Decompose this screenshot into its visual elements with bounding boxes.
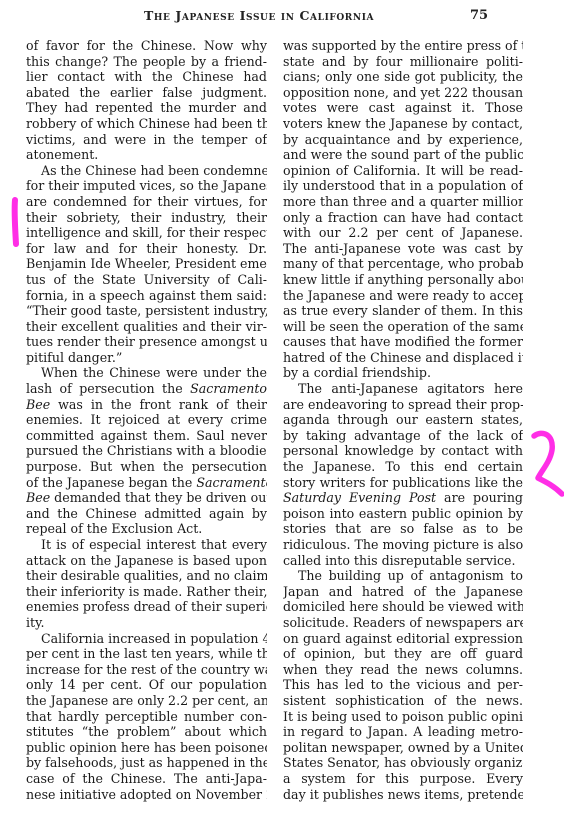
text-line: stories that are so false as to be <box>283 521 523 537</box>
italic-title: Bee <box>26 490 50 505</box>
text-line: in regard to Japan. A leading metro- <box>283 724 523 740</box>
text-line: tues render their presence amongst us a <box>26 334 267 350</box>
italic-title: Sacramento <box>196 475 267 490</box>
text-line: committed against them. Saul never <box>26 428 267 444</box>
text-line: Saturday Evening Post are pouring <box>283 490 523 506</box>
text-line: on guard against editorial expression <box>283 631 523 647</box>
text-line: as true every slander of them. In this <box>283 303 523 319</box>
text-line: that hardly perceptible number con- <box>26 709 267 725</box>
text-line: public opinion here has been poisoned <box>26 740 267 756</box>
text-line: Bee was in the front rank of their <box>26 397 267 413</box>
text-line: This has led to the vicious and per- <box>283 677 523 693</box>
text-line: Japan and hatred of the Japanese <box>283 584 523 600</box>
running-header: The Japanese Issue in California 75 <box>0 6 564 26</box>
text-line: increase for the rest of the country was <box>26 662 267 678</box>
text-line: personal knowledge by contact with <box>283 443 523 459</box>
text-line: of favor for the Chinese. Now why <box>26 38 267 54</box>
text-line: hatred of the Chinese and displaced it <box>283 350 523 366</box>
text-line: and were the sound part of the public <box>283 147 523 163</box>
text-line: by taking advantage of the lack of <box>283 428 523 444</box>
text-line: The building up of antagonism to <box>283 568 523 584</box>
text-line: victims, and were in the temper of <box>26 132 267 148</box>
text-line: opinion of California. It will be read- <box>283 163 523 179</box>
text-line: When the Chinese were under the <box>26 365 267 381</box>
text-line: story writers for publications like the <box>283 475 523 491</box>
text-line: poison into eastern public opinion by <box>283 506 523 522</box>
text-line: ity. <box>26 615 267 631</box>
text-line: of opinion, but they are off guard <box>283 646 523 662</box>
text-line: only a fraction can have had contact <box>283 210 523 226</box>
text-line: by falsehoods, just as happened in the <box>26 755 267 771</box>
text-line: solicitude. Readers of newspapers are <box>283 615 523 631</box>
text-line: robbery of which Chinese had been the <box>26 116 267 132</box>
text-line: their excellent qualities and their vir- <box>26 319 267 335</box>
text-line: was supported by the entire press of the <box>283 38 523 54</box>
text-line: “Their good taste, persistent industry, <box>26 303 267 319</box>
text-line: purpose. But when the persecution <box>26 459 267 475</box>
text-line: politan newspaper, owned by a United <box>283 740 523 756</box>
text-line: It is being used to poison public opinio… <box>283 709 523 725</box>
text-line: for law and for their honesty. Dr. <box>26 241 267 257</box>
italic-title: Bee <box>26 397 50 412</box>
text-line: opposition none, and yet 222 thousand <box>283 85 523 101</box>
text-line: attack on the Japanese is based upon <box>26 553 267 569</box>
text-line: knew little if anything personally about <box>283 272 523 288</box>
text-line: Benjamin Ide Wheeler, President emeri- <box>26 256 267 272</box>
left-column: of favor for the Chinese. Now whythis ch… <box>26 38 267 802</box>
text-line: and the Chinese admitted again by <box>26 506 267 522</box>
text-line: As the Chinese had been condemned <box>26 163 267 179</box>
text-line: pitiful danger.” <box>26 350 267 366</box>
text-line: more than three and a quarter millions <box>283 194 523 210</box>
text-line: sistent sophistication of the news. <box>283 693 523 709</box>
running-title: The Japanese Issue in California <box>144 8 374 23</box>
text-line: are condemned for their virtues, for <box>26 194 267 210</box>
text-line: ridiculous. The moving picture is also <box>283 537 523 553</box>
text-line: pursued the Christians with a bloodier <box>26 443 267 459</box>
text-line: States Senator, has obviously organized <box>283 755 523 771</box>
annotation-bar-mark <box>8 196 24 250</box>
text-line: are endeavoring to spread their prop- <box>283 397 523 413</box>
text-line: votes were cast against it. Those <box>283 100 523 116</box>
text-line: lier contact with the Chinese had <box>26 69 267 85</box>
annotation-numeral-two-mark <box>528 428 564 498</box>
text-line: many of that percentage, who probably <box>283 256 523 272</box>
text-line: for their imputed vices, so the Japanese <box>26 178 267 194</box>
page-number: 75 <box>470 8 488 23</box>
text-line: only 14 per cent. Of our population <box>26 677 267 693</box>
text-line: of the Japanese began the Sacramento <box>26 475 267 491</box>
text-line: nese initiative adopted on November 2 <box>26 787 267 803</box>
text-line: will be seen the operation of the same <box>283 319 523 335</box>
text-line: the Japanese and were ready to accept <box>283 288 523 304</box>
text-line: day it publishes news items, pretended <box>283 787 523 803</box>
text-line: It is of especial interest that every <box>26 537 267 553</box>
text-line: intelligence and skill, for their respec… <box>26 225 267 241</box>
text-line: their desirable qualities, and no claim … <box>26 568 267 584</box>
text-line: the Japanese. To this end certain <box>283 459 523 475</box>
text-line: a system for this purpose. Every <box>283 771 523 787</box>
text-line: repeal of the Exclusion Act. <box>26 521 267 537</box>
text-line: per cent in the last ten years, while th… <box>26 646 267 662</box>
text-line: their inferiority is made. Rather their, <box>26 584 267 600</box>
text-line: atonement. <box>26 147 267 163</box>
text-line: the Japanese are only 2.2 per cent, and <box>26 693 267 709</box>
text-line: Bee demanded that they be driven out <box>26 490 267 506</box>
text-line: enemies profess dread of their superior- <box>26 599 267 615</box>
text-line: when they read the news columns. <box>283 662 523 678</box>
text-line: California increased in population 44 <box>26 631 267 647</box>
text-line: tus of the State University of Cali- <box>26 272 267 288</box>
text-line: abated the earlier false judgment. <box>26 85 267 101</box>
text-line: by a cordial friendship. <box>283 365 523 381</box>
text-line: The anti-Japanese vote was cast by <box>283 241 523 257</box>
italic-title: Sacramento <box>190 381 267 396</box>
text-line: with our 2.2 per cent of Japanese. <box>283 225 523 241</box>
text-line: called into this disreputable service. <box>283 553 523 569</box>
text-line: stitutes “the problem” about which <box>26 724 267 740</box>
text-line: domiciled here should be viewed with <box>283 599 523 615</box>
text-line: causes that have modified the former <box>283 334 523 350</box>
text-line: cians; only one side got publicity, the <box>283 69 523 85</box>
text-line: their sobriety, their industry, their <box>26 210 267 226</box>
right-column: was supported by the entire press of the… <box>283 38 523 802</box>
italic-title: Saturday Evening Post <box>283 490 436 505</box>
text-line: by acquaintance and by experience, <box>283 132 523 148</box>
text-line: enemies. It rejoiced at every crime <box>26 412 267 428</box>
text-line: this change? The people by a friend- <box>26 54 267 70</box>
text-line: The anti-Japanese agitators here <box>283 381 523 397</box>
text-line: ily understood that in a population of <box>283 178 523 194</box>
text-line: voters knew the Japanese by contact, <box>283 116 523 132</box>
text-line: case of the Chinese. The anti-Japa- <box>26 771 267 787</box>
text-line: They had repented the murder and <box>26 100 267 116</box>
text-line: aganda through our eastern states, <box>283 412 523 428</box>
text-line: lash of persecution the Sacramento <box>26 381 267 397</box>
text-line: fornia, in a speech against them said: <box>26 288 267 304</box>
text-line: state and by four millionaire politi- <box>283 54 523 70</box>
